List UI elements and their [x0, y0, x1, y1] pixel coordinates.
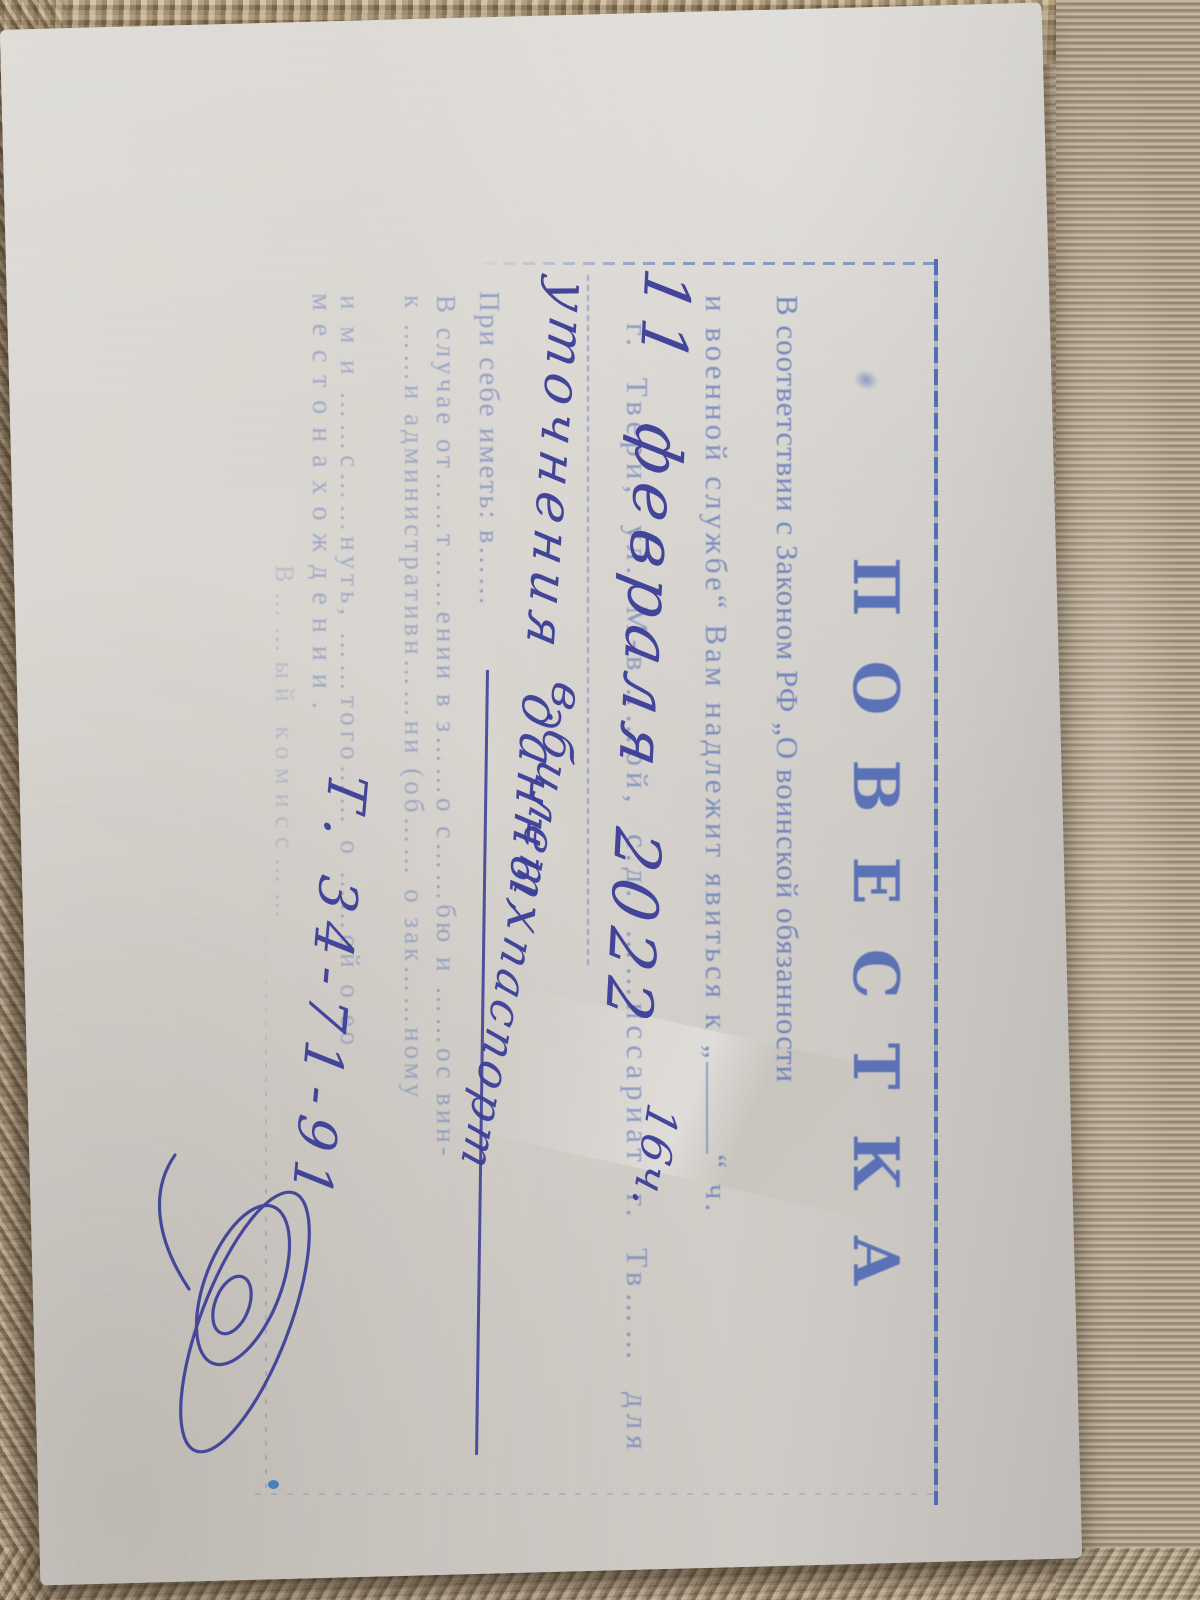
- photo-of-summons: ПОВЕСТКА В соответствии с Законом РФ „О …: [0, 0, 1200, 1600]
- stamp-frame-right-border: [253, 1493, 933, 1495]
- time-blank-line: [706, 1062, 739, 1154]
- signature: [142, 1137, 327, 1467]
- stamp-line-1: В соответствии с Законом РФ „О воинской …: [769, 295, 805, 1083]
- stamp-line-4: При себе иметь: в……: [472, 291, 505, 607]
- stamp-line-5: В случае от……т……ении в з……о с……бю и ……ос…: [430, 295, 461, 1160]
- ink-dot: [268, 1480, 279, 1489]
- handwritten-date: 11 февраля 2022: [590, 263, 703, 1036]
- stamp-frame-top-border: [935, 259, 939, 1505]
- stamp-line-8: местонахождении.: [305, 293, 337, 722]
- ink-speck: [850, 366, 881, 394]
- document-title: ПОВЕСТКА: [839, 557, 913, 1330]
- stamp-line-2-text: и военной службе“ Вам надлежит явиться к…: [699, 295, 734, 1062]
- stamp-line-2-suffix: “ ч.: [699, 1154, 734, 1215]
- summons-document: ПОВЕСТКА В соответствии с Законом РФ „О …: [240, 265, 935, 1500]
- stamp-line-2: и военной службе“ Вам надлежит явиться к…: [698, 295, 739, 1215]
- stamp-line-9: В……ый комисс……: [269, 565, 299, 928]
- stamp-line-6: к ……и административн……ни (об…… о зак……но…: [398, 295, 429, 1101]
- stamp-frame-left-border: [465, 262, 935, 265]
- fabric-background-right: [1056, 0, 1200, 1600]
